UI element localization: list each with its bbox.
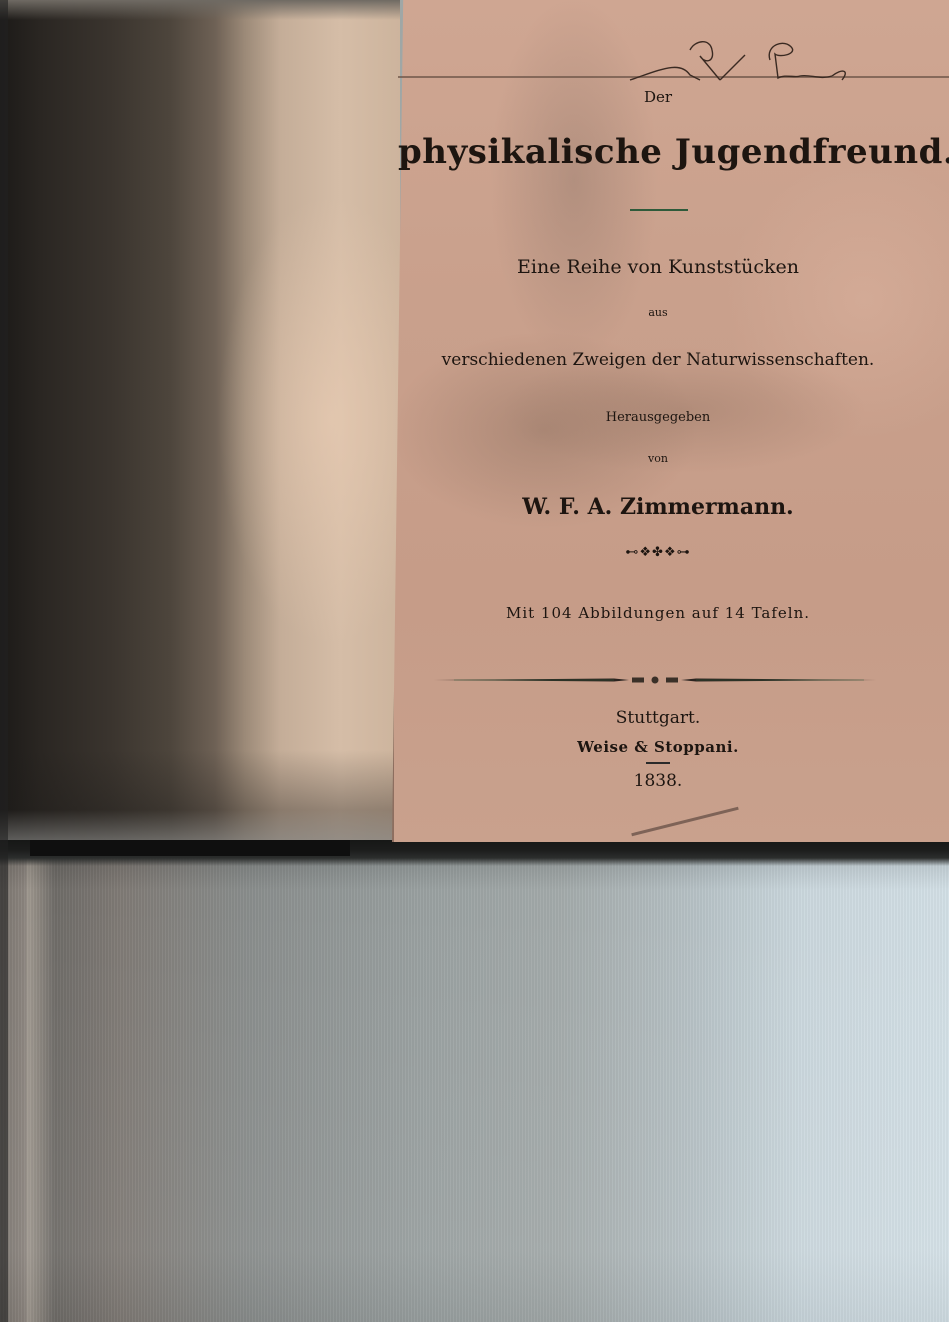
ornamental-rule-icon bbox=[434, 676, 876, 684]
publisher-name: Weise & Stoppani. bbox=[398, 738, 918, 756]
subtitle-line-1: Eine Reihe von Kunststücken bbox=[398, 256, 918, 278]
left-flyleaf-page bbox=[0, 0, 400, 840]
publication-year: 1838. bbox=[398, 771, 918, 791]
editor-connector: von bbox=[398, 452, 918, 465]
illustrations-note: Mit 104 Abbildungen auf 14 Tafeln. bbox=[398, 604, 918, 622]
title-page-content: Der physikalische Jugendfreund. Eine Rei… bbox=[398, 0, 918, 842]
subtitle-connector: aus bbox=[398, 306, 918, 319]
pre-title: Der bbox=[398, 88, 918, 106]
author-name: W. F. A. Zimmermann. bbox=[398, 494, 918, 520]
publication-place: Stuttgart. bbox=[398, 708, 918, 728]
ornament-icon: ⊷❖✤❖⊶ bbox=[398, 545, 918, 560]
editor-label: Herausgegeben bbox=[398, 410, 918, 425]
divider-rule bbox=[630, 209, 688, 211]
small-divider-rule bbox=[646, 762, 670, 764]
book-title: physikalische Jugendfreund. bbox=[398, 132, 918, 172]
subtitle-line-2: verschiedenen Zweigen der Naturwissensch… bbox=[398, 350, 918, 370]
scanner-bed-background bbox=[0, 850, 949, 1322]
left-scan-edge bbox=[0, 0, 8, 1322]
